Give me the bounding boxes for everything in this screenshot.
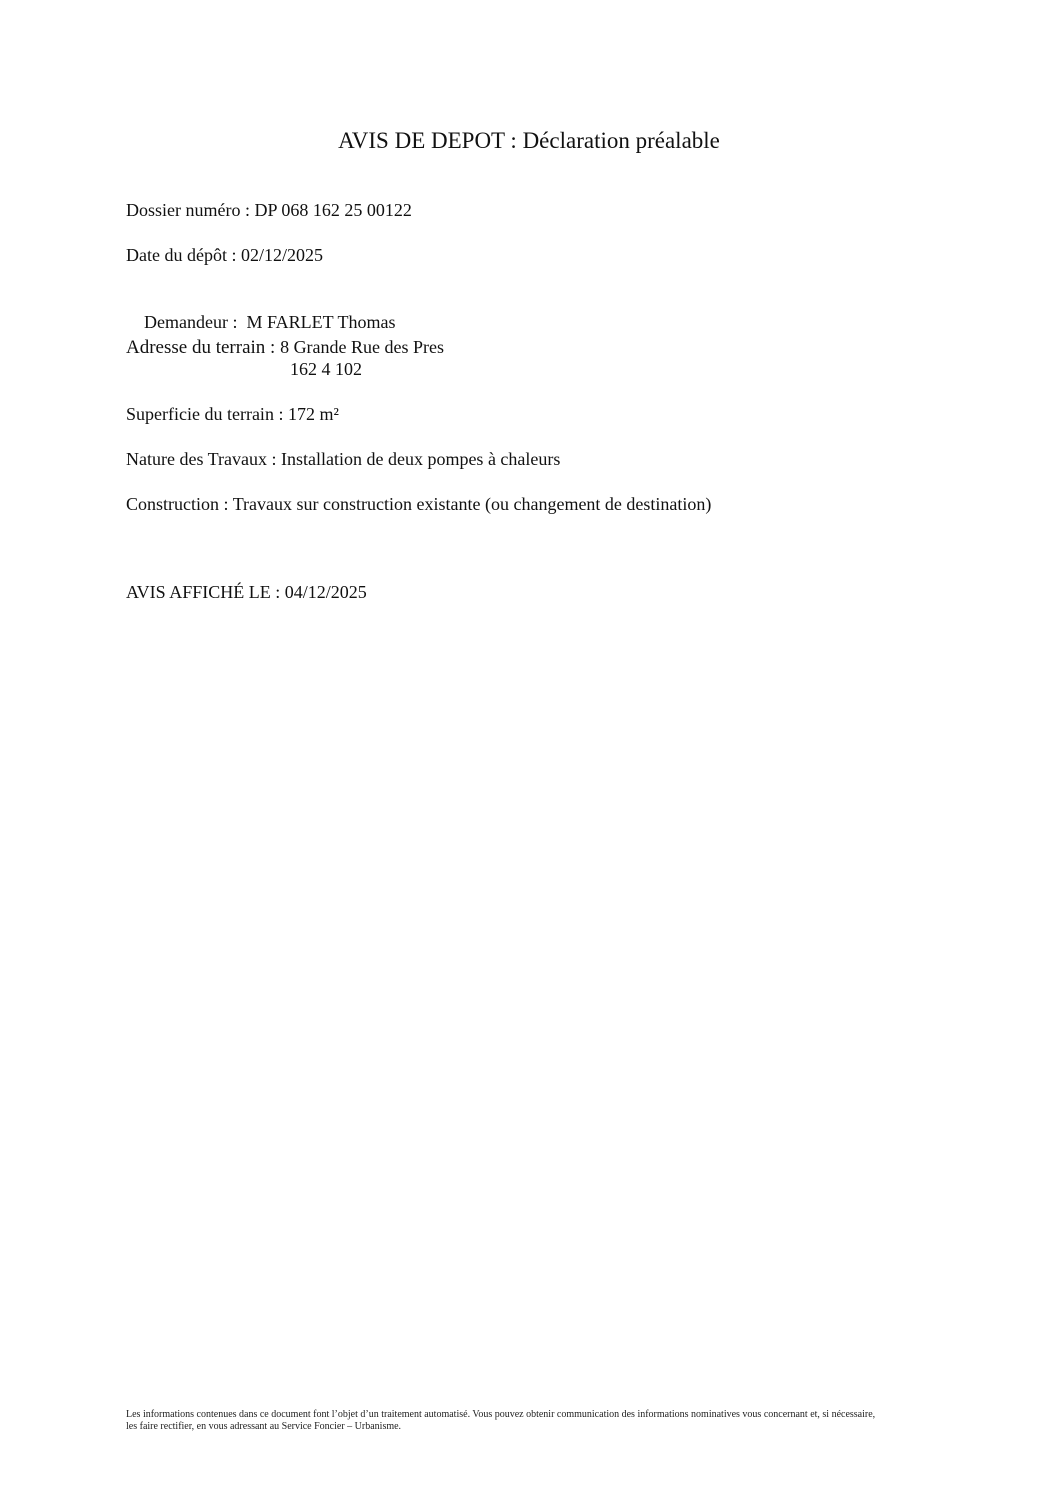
privacy-footer: Les informations contenues dans ce docum… [126,1409,936,1433]
dossier-number-value: DP 068 162 25 00122 [254,200,411,220]
land-address-line2: 162 4 102 [290,358,362,380]
applicant-label: Demandeur : [144,312,246,332]
land-address-label: Adresse du terrain : [126,337,280,358]
land-area-value: 172 m² [288,404,339,424]
posted-date-value: 04/12/2025 [285,582,367,602]
land-area-label: Superficie du terrain : [126,404,288,424]
construction-label: Construction : [126,494,233,514]
document-page: AVIS DE DEPOT : Déclaration préalable Do… [0,0,1058,1497]
construction-value: Travaux sur construction existante (ou c… [233,494,712,514]
work-nature-line: Nature des Travaux : Installation de deu… [126,448,560,470]
deposit-date-line: Date du dépôt : 02/12/2025 [126,244,323,266]
work-nature-label: Nature des Travaux : [126,449,281,469]
land-address-line: Adresse du terrain : 8 Grande Rue des Pr… [126,336,444,359]
work-nature-value: Installation de deux pompes à chaleurs [281,449,560,469]
land-address-line1: 8 Grande Rue des Pres [280,337,444,357]
posted-date-label: AVIS AFFICHÉ LE : [126,582,285,602]
deposit-date-value: 02/12/2025 [241,245,323,265]
document-title: AVIS DE DEPOT : Déclaration préalable [0,127,1058,155]
deposit-date-label: Date du dépôt : [126,245,241,265]
applicant-value: M FARLET Thomas [246,312,395,332]
construction-line: Construction : Travaux sur construction … [126,493,711,515]
footer-line-2: les faire rectifier, en vous adressant a… [126,1421,936,1433]
dossier-number-line: Dossier numéro : DP 068 162 25 00122 [126,199,412,221]
land-area-line: Superficie du terrain : 172 m² [126,403,339,425]
posted-date-line: AVIS AFFICHÉ LE : 04/12/2025 [126,581,367,603]
dossier-number-label: Dossier numéro : [126,200,254,220]
footer-line-1: Les informations contenues dans ce docum… [126,1409,936,1421]
